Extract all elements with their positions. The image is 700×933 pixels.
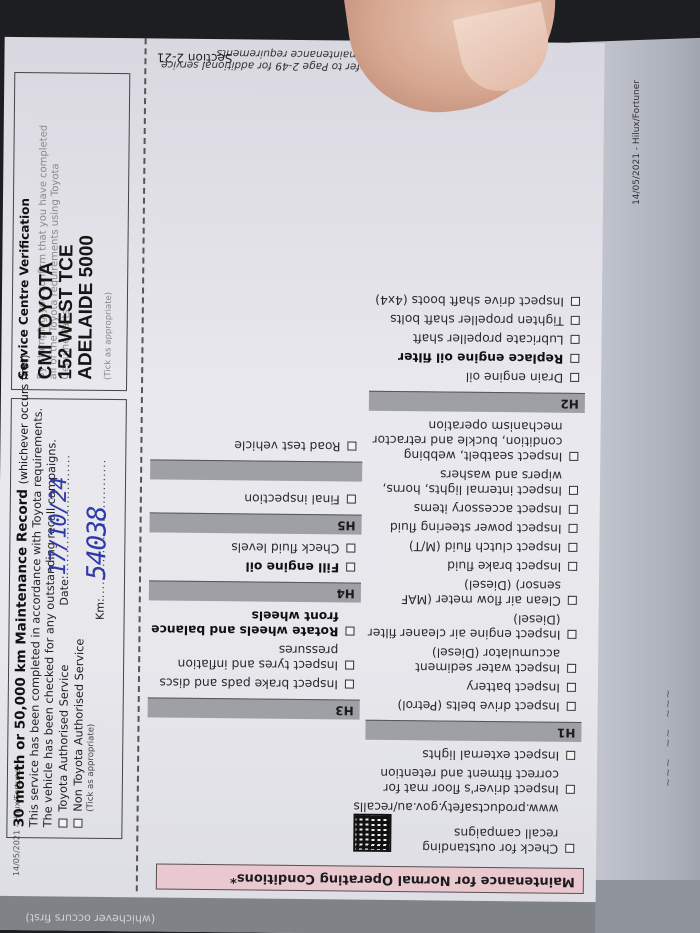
checklist-item-label: Check fluid levels <box>231 539 339 555</box>
illegible-handwriting: ~~~ ~~ ~~~ <box>615 690 675 890</box>
checkbox[interactable] <box>73 819 82 828</box>
checkbox[interactable] <box>569 452 578 461</box>
spacer <box>146 723 353 853</box>
section-band: H4 <box>149 580 361 602</box>
checklist-item[interactable]: Inspect external lights <box>365 746 575 763</box>
checkbox[interactable] <box>567 702 576 711</box>
checkbox[interactable] <box>58 818 67 827</box>
checklist-item-label: Inspect drive belts (Petrol) <box>397 697 559 714</box>
verification-box: Service Centre Verification By stamping … <box>11 72 130 391</box>
checkbox[interactable] <box>565 844 574 853</box>
checklist-item[interactable]: Fill engine oil <box>149 557 355 574</box>
section-band: H3 <box>148 697 360 719</box>
checklist-item[interactable]: Road test vehicle <box>150 436 356 453</box>
checklist-item[interactable]: Inspect brake fluid <box>367 557 577 574</box>
checklist-item-label: Inspect tyres and inflation pressures <box>148 640 338 672</box>
section-number: Section 2-21 <box>157 50 233 65</box>
checkbox[interactable] <box>570 354 579 363</box>
checklist-item-label: Drain engine oil <box>466 369 564 385</box>
checklist-item[interactable]: Inspect accessory items <box>368 500 578 517</box>
checklist-item[interactable]: Check for outstanding recall campaigns w… <box>364 799 575 856</box>
km-handwritten: 54038 <box>82 506 113 580</box>
checkbox[interactable] <box>345 626 354 635</box>
checklist-item[interactable]: Inspect driver's floor mat for correct f… <box>365 765 575 797</box>
checklist-item[interactable]: Tighten propeller shaft bolts <box>370 311 580 328</box>
checkbox[interactable] <box>347 441 356 450</box>
checklist-item[interactable]: Inspect clutch fluid (M/T) <box>367 538 577 555</box>
checklist-item[interactable]: Replace engine oil filter <box>369 349 579 366</box>
checklist-item[interactable]: Inspect engine air cleaner filter (Diese… <box>366 610 576 642</box>
checklist-item-label: Inspect clutch fluid (M/T) <box>409 538 562 555</box>
checklist-item-label: Inspect external lights <box>422 746 559 762</box>
checkbox[interactable] <box>569 524 578 533</box>
checklist-item[interactable]: Lubricate propeller shaft <box>369 330 579 347</box>
checkbox[interactable] <box>571 297 580 306</box>
verification-title: Service Centre Verification <box>16 81 33 379</box>
checklist-item-label: Inspect accessory items <box>414 500 562 517</box>
checkbox[interactable] <box>571 316 580 325</box>
checklist-item[interactable]: Inspect drive shaft boots (4x4) <box>370 292 580 309</box>
maintenance-checklist: Maintenance for Normal Operating Conditi… <box>144 38 593 898</box>
maintenance-record-box: 30 month or 50,000 km Maintenance Record… <box>6 398 127 839</box>
checklist-item[interactable]: Drain engine oil <box>369 368 579 385</box>
checkbox[interactable] <box>567 664 576 673</box>
checklist-item-label: Lubricate propeller shaft <box>413 330 564 347</box>
section-band: H5 <box>150 512 362 534</box>
service-booklet-page: (whichever occurs first) Maintenance for… <box>0 37 605 933</box>
checklist-item-label: Final inspection <box>244 490 340 506</box>
checkbox[interactable] <box>569 486 578 495</box>
checkbox[interactable] <box>566 785 575 794</box>
checkbox[interactable] <box>567 683 576 692</box>
checkbox[interactable] <box>345 679 354 688</box>
checklist-item[interactable]: Inspect power steering fluid <box>368 519 578 536</box>
checklist-item[interactable]: Inspect seatbelt, webbing condition, buc… <box>368 417 578 464</box>
checkbox[interactable] <box>345 660 354 669</box>
checklist-item-label: Clean air flow meter (MAF sensor) (Diese… <box>367 576 561 608</box>
dealer-stamp: CMI TOYOTA 152 WEST TCE ADELAIDE 5000 <box>36 235 98 380</box>
checklist-item-label: Fill engine oil <box>245 558 339 574</box>
service-record-card: 14/05/2021 - Hilux/Fortuner 30 month or … <box>0 37 139 891</box>
checklist-item-label: Inspect driver's floor mat for correct f… <box>365 765 559 797</box>
checklist-item[interactable]: Check fluid levels <box>149 538 355 555</box>
checklist-item[interactable]: Rotate wheels and balance front wheels <box>148 606 354 638</box>
checklist-item-label: Inspect battery <box>466 679 560 695</box>
checklist-item[interactable]: Inspect battery <box>366 678 576 695</box>
section-band: H2 <box>369 391 585 413</box>
section-band <box>150 459 362 481</box>
maintenance-header: Maintenance for Normal Operating Conditi… <box>156 864 584 894</box>
checklist-item[interactable]: Final inspection <box>150 489 356 506</box>
checkbox[interactable] <box>347 494 356 503</box>
checklist-item[interactable]: Clean air flow meter (MAF sensor) (Diese… <box>367 576 577 608</box>
checkbox[interactable] <box>568 543 577 552</box>
checklist-item-label: Inspect drive shaft boots (4x4) <box>375 292 564 309</box>
checkbox[interactable] <box>568 562 577 571</box>
checkbox[interactable] <box>567 630 576 639</box>
adjacent-page-date: 14/05/2021 - Hilux/Fortuner <box>632 80 642 205</box>
checkbox[interactable] <box>566 751 575 760</box>
checklist-item[interactable]: Inspect internal lights, horns, wipers a… <box>368 466 578 498</box>
checkbox[interactable] <box>571 335 580 344</box>
checklist-item-label: Replace engine oil filter <box>398 349 563 366</box>
checklist-item-label: Inspect brake pads and discs <box>159 675 338 692</box>
checklist-item-label: Inspect seatbelt, webbing condition, buc… <box>368 417 562 464</box>
checklist-item-label: Inspect internal lights, horns, wipers a… <box>368 466 562 498</box>
previous-page-strip: (whichever occurs first) <box>0 896 596 933</box>
date-handwritten: 17/10/24 <box>46 477 72 575</box>
checklist-item[interactable]: Inspect water sediment accumulator (Dies… <box>366 644 576 676</box>
checklist-item-label: Road test vehicle <box>234 437 340 453</box>
checklist-item-label: Rotate wheels and balance front wheels <box>148 606 338 638</box>
checklist-column-right: H3Inspect brake pads and discsInspect ty… <box>146 432 356 853</box>
checkbox[interactable] <box>569 505 578 514</box>
checkbox[interactable] <box>346 562 355 571</box>
checkbox[interactable] <box>346 543 355 552</box>
checklist-item-label: Inspect water sediment accumulator (Dies… <box>366 644 560 676</box>
checkbox[interactable] <box>568 596 577 605</box>
checklist-item[interactable]: Inspect brake pads and discs <box>148 674 354 691</box>
checklist-column-left: Check for outstanding recall campaigns w… <box>364 288 580 856</box>
verification-tick-note: (Tick as appropriate) <box>102 292 115 380</box>
qr-code-icon <box>353 814 391 852</box>
checklist-item-label: Inspect engine air cleaner filter (Diese… <box>366 610 560 642</box>
checklist-item-label: Check for outstanding recall campaigns w… <box>353 799 559 856</box>
section-band: H1 <box>365 720 581 742</box>
checklist-item-label: Inspect brake fluid <box>447 558 561 574</box>
checklist-item[interactable]: Inspect tyres and inflation pressures <box>148 640 354 672</box>
checklist-item-label: Inspect power steering fluid <box>390 519 562 536</box>
checklist-item-label: Tighten propeller shaft bolts <box>390 311 564 328</box>
checkbox[interactable] <box>570 373 579 382</box>
checklist-item[interactable]: Inspect drive belts (Petrol) <box>366 697 576 714</box>
